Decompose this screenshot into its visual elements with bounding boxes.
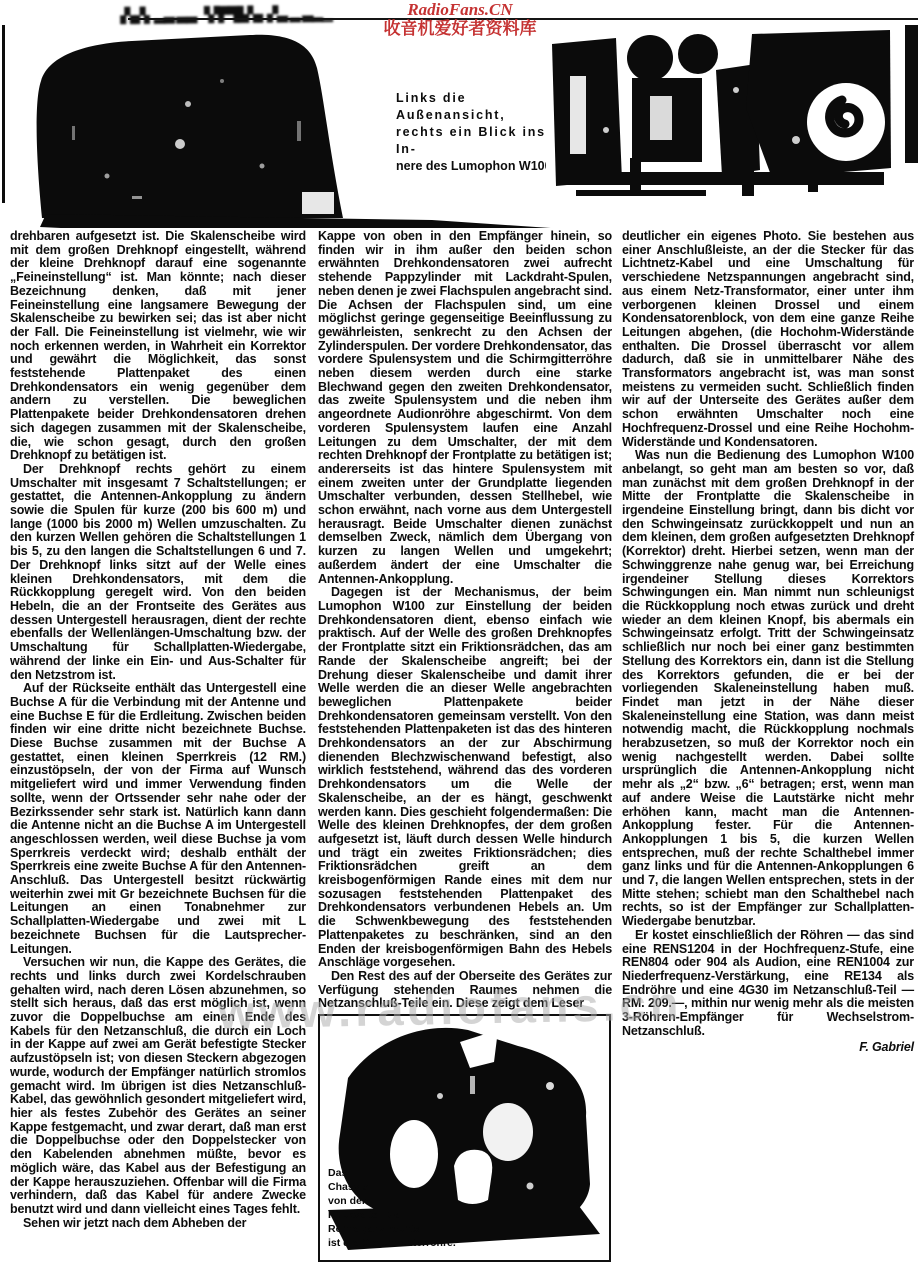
top-photos-caption: Links die Außenansicht, rechts ein Blick… [396, 90, 566, 175]
paragraph: Dagegen ist der Mechanismus, der beim Lu… [318, 586, 612, 970]
caption-line: Rückseite. Die [328, 1208, 456, 1222]
paragraph: Auf der Rückseite enthält das Untergeste… [10, 682, 306, 956]
paragraph: Der Drehknopf rechts gehört zu einem Ums… [10, 463, 306, 682]
paragraph: Kappe von oben in den Empfänger hinein, … [318, 230, 612, 586]
author-signature: F. Gabriel [622, 1041, 914, 1055]
caption-line: Links die Außenansicht, [396, 90, 566, 124]
scan-edge-artifact-right [905, 25, 918, 163]
paragraph: Versuchen wir nun, die Kappe des Gerätes… [10, 956, 306, 1216]
caption-line: rechts ein Blick ins In- [396, 124, 566, 158]
site-watermark-latin: RadioFans.CN [0, 1, 920, 19]
photo-chassis-rear-frame: Das Chassis von der Rückseite. Die Röhre… [318, 1014, 611, 1262]
caption-line: Röhre ganz rechts [328, 1222, 456, 1236]
caption-line: Chassis [328, 1180, 456, 1194]
paragraph: Was nun die Bedienung des Lumophon W100 … [622, 449, 914, 929]
paragraph: Sehen wir jetzt nach dem Abheben der [10, 1217, 306, 1231]
paragraph: Er kostet einschließlich der Röhren — da… [622, 929, 914, 1039]
site-watermark: RadioFans.CN 收音机爱好者资料库 [0, 0, 920, 39]
caption-line: Das [328, 1166, 456, 1180]
site-watermark-chinese: 收音机爱好者资料库 [0, 19, 920, 39]
scan-edge-artifact-left [2, 25, 5, 203]
paragraph: drehbaren aufgesetzt ist. Die Skalensche… [10, 230, 306, 463]
article-column-2: Kappe von oben in den Empfänger hinein, … [318, 230, 612, 1011]
caption-line: nere des Lumophon W100. [396, 158, 566, 175]
photo-chassis-interior [546, 30, 892, 208]
caption-line: ist die Gleichrichterröhre. [328, 1236, 456, 1250]
article-column-1: drehbaren aufgesetzt ist. Die Skalensche… [10, 230, 306, 1230]
caption-line: von der [328, 1194, 456, 1208]
scanned-magazine-page: ▗▚▞▖▂▃ ▃▃ ▝▞▛▜▙▚▖▞▃ ▂ ▃▂▁ RadioFans.CN 收… [0, 0, 920, 1275]
paragraph: Den Rest des auf der Oberseite des Gerät… [318, 970, 612, 1011]
article-column-3: deutlicher ein eigenes Photo. Sie besteh… [622, 230, 914, 1055]
paragraph: deutlicher ein eigenes Photo. Sie besteh… [622, 230, 914, 449]
bottom-photo-caption: Das Chassis von der Rückseite. Die Röhre… [328, 1166, 456, 1250]
